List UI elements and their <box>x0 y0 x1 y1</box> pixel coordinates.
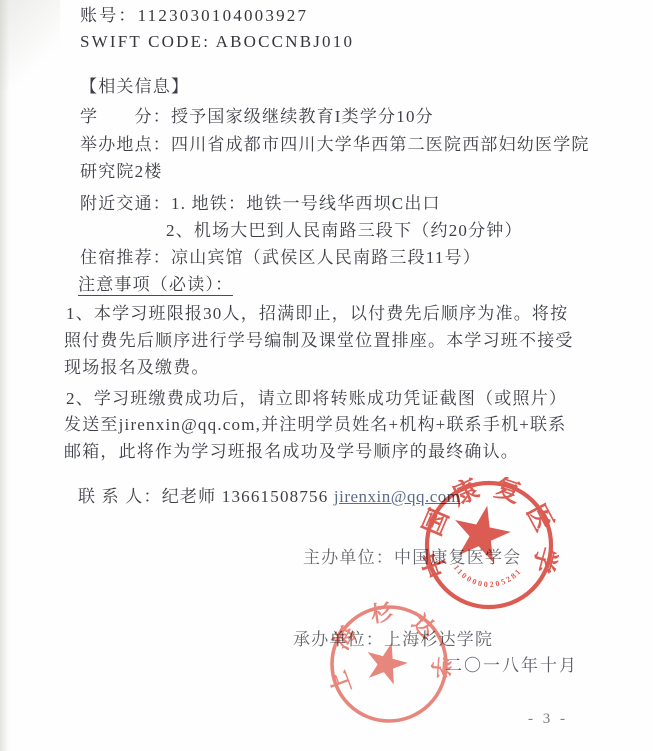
contact-email-link[interactable]: jirenxin@qq.com <box>334 487 461 506</box>
undertaker-organizer-line: 承办单位：上海杉达学院 <box>293 629 493 651</box>
seal-ring <box>332 607 446 721</box>
host-organizer-line: 主办单位：中国康复医学会 <box>303 547 521 569</box>
contact-label: 联 系 人：纪老师 13661508756 <box>78 487 334 506</box>
date-line: 二〇一八年十月 <box>445 655 578 677</box>
hotel-recommendation-line: 住宿推荐：凉山宾馆（武侯区人民南路三段11号） <box>80 247 481 269</box>
contact-line: 联 系 人：纪老师 13661508756 jirenxin@qq.com <box>78 486 460 508</box>
venue-line: 举办地点：四川省成都市四川大学华西第二医院西部妇幼医学院 <box>80 134 590 156</box>
page-number: - 3 - <box>528 708 568 730</box>
scan-corner-artifact <box>0 0 60 90</box>
document-page: 账号：1123030104003927 SWIFT CODE: ABOCCNBJ… <box>0 0 653 751</box>
venue-line-continuation: 研究院2楼 <box>80 161 163 183</box>
note2-line3: 邮箱，此将作为学习班报名成功及学号顺序的最终确认。 <box>64 441 519 463</box>
related-info-heading: 【相关信息】 <box>80 76 189 98</box>
note2-line1: 2、学习班缴费成功后，请立即将转账成功凭证截图（或照片） <box>66 388 567 410</box>
transport-line-1: 附近交通：1. 地铁：地铁一号线华西坝C出口 <box>80 193 441 215</box>
account-number-line: 账号：1123030104003927 <box>80 5 308 27</box>
note1-line2: 照付费先后顺序进行学号编制及课堂位置排座。本学习班不接受 <box>64 330 574 352</box>
note1-line3: 现场报名及缴费。 <box>64 357 210 379</box>
swift-code-line: SWIFT CODE: ABOCCNBJ010 <box>80 31 354 53</box>
credit-line: 学 分：授予国家级继续教育I类学分10分 <box>80 106 434 128</box>
scan-edge-artifact <box>0 0 9 751</box>
notes-heading-text: 注意事项（必读）： <box>78 275 233 296</box>
notes-heading: 注意事项（必读）： <box>78 274 233 296</box>
note2-line2: 发送至jirenxin@qq.com,并注明学员姓名+机构+联系手机+联系 <box>64 414 566 436</box>
sandau-official-seal: 上海杉达学院 <box>326 601 452 727</box>
note1-line1: 1、本学习班限报30人，招满即止，以付费先后顺序为准。将按 <box>66 303 568 325</box>
transport-line-2: 2、机场大巴到人民南路三段下（约20分钟） <box>166 220 523 242</box>
